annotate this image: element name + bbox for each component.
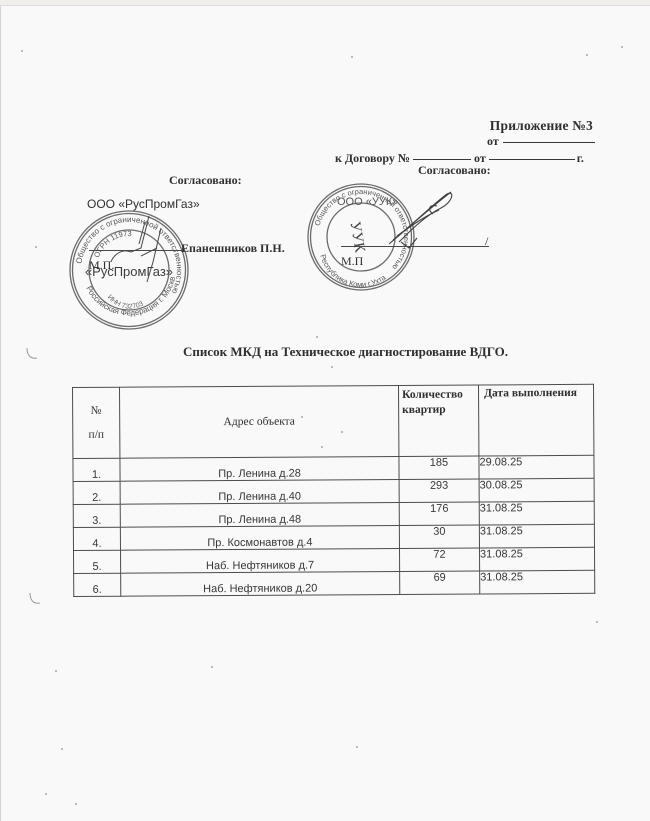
row-number: 6.	[74, 573, 121, 596]
row-apartment-count: 30	[399, 525, 479, 548]
table-row: 1. Пр. Ленина д.28 185 29.08.25	[73, 455, 594, 481]
right-agreed-label: Согласовано:	[418, 163, 491, 178]
row-completion-date: 31.08.25	[479, 524, 594, 548]
contract-date-blank	[489, 159, 575, 160]
scan-speck	[351, 56, 353, 58]
scan-speck	[61, 748, 63, 750]
right-signature-line	[341, 246, 489, 247]
from-label: от	[487, 134, 499, 148]
row-completion-date: 30.08.25	[479, 478, 594, 502]
scan-mark	[25, 346, 41, 362]
scan-speck	[35, 246, 37, 248]
header-number: № п/п	[73, 387, 120, 458]
right-signature-slash: /	[485, 234, 488, 249]
year-suffix: г.	[577, 151, 584, 165]
table-row: 6. Наб. Нефтяников д.20 69 31.08.25	[74, 570, 595, 596]
row-address: Пр. Ленина д.28	[120, 457, 399, 482]
left-agreed-label: Согласовано:	[169, 173, 242, 188]
list-title: Список МКД на Техническое диагностирован…	[183, 344, 508, 360]
scan-speck	[316, 336, 318, 338]
table-row: 2. Пр. Ленина д.40 293 30.08.25	[73, 478, 594, 504]
contract-prefix: к Договору №	[335, 151, 410, 165]
scan-speck	[586, 54, 588, 56]
scan-speck	[321, 446, 323, 448]
header-completion-date: Дата выполнения	[478, 384, 593, 456]
left-company-stamp: Общество с ограниченной ответственностью…	[67, 208, 191, 332]
row-number: 3.	[73, 504, 120, 527]
left-company-name: ООО «РусПромГаз»	[87, 197, 200, 211]
left-stamp-place-label: М.П.	[89, 258, 114, 273]
row-number: 5.	[73, 550, 120, 573]
table-header-row: № п/п Адрес объекта Количество квартир Д…	[73, 384, 594, 458]
row-address: Наб. Нефтяников д.20	[121, 572, 400, 597]
row-apartment-count: 293	[399, 479, 479, 502]
mkd-table: № п/п Адрес объекта Количество квартир Д…	[72, 384, 595, 597]
row-number: 2.	[73, 481, 120, 504]
table-row: 3. Пр. Ленина д.48 176 31.08.25	[73, 501, 594, 527]
appendix-title: Приложение №3	[490, 118, 593, 134]
scanned-document-page: Приложение №3 от к Договору №отг. Соглас…	[0, 5, 650, 820]
row-address: Пр. Ленина д.40	[120, 480, 399, 505]
scan-speck	[331, 366, 333, 368]
scan-speck	[356, 746, 358, 748]
scan-speck	[596, 621, 598, 623]
scan-speck	[211, 666, 213, 668]
row-completion-date: 31.08.25	[479, 547, 594, 571]
scan-speck	[341, 431, 343, 433]
left-signer-name: Епанешников П.Н.	[181, 241, 285, 256]
row-apartment-count: 176	[399, 502, 479, 525]
row-completion-date: 31.08.25	[480, 570, 595, 594]
table-row: 4. Пр. Космонавтов д.4 30 31.08.25	[73, 524, 594, 550]
row-completion-date: 29.08.25	[479, 455, 594, 479]
header-apartment-count: Количество квартир	[398, 385, 478, 456]
table-row: 5. Наб. Нефтяников д.7 72 31.08.25	[73, 547, 594, 573]
contract-number-blank	[413, 159, 471, 160]
row-apartment-count: 72	[399, 548, 479, 571]
row-address: Пр. Ленина д.48	[120, 503, 399, 528]
row-apartment-count: 69	[400, 571, 480, 594]
scan-speck	[75, 803, 77, 805]
row-number: 1.	[73, 458, 120, 481]
scan-mark	[28, 591, 44, 607]
row-apartment-count: 185	[399, 456, 479, 479]
scan-speck	[45, 793, 47, 795]
scan-speck	[55, 670, 57, 672]
scan-speck	[21, 50, 23, 52]
date-blank	[503, 142, 595, 143]
left-signature-line	[89, 250, 185, 251]
row-address: Наб. Нефтяников д.7	[120, 549, 399, 574]
scan-speck	[301, 416, 303, 418]
row-completion-date: 31.08.25	[479, 501, 594, 525]
appendix-date-line: от	[487, 134, 595, 149]
header-address: Адрес объекта	[120, 386, 399, 459]
right-stamp-place-label: М.П	[341, 254, 363, 269]
row-number: 4.	[73, 527, 120, 550]
row-address: Пр. Космонавтов д.4	[120, 526, 399, 551]
scan-speck	[621, 46, 623, 48]
svg-text:УУК: УУК	[346, 220, 367, 255]
